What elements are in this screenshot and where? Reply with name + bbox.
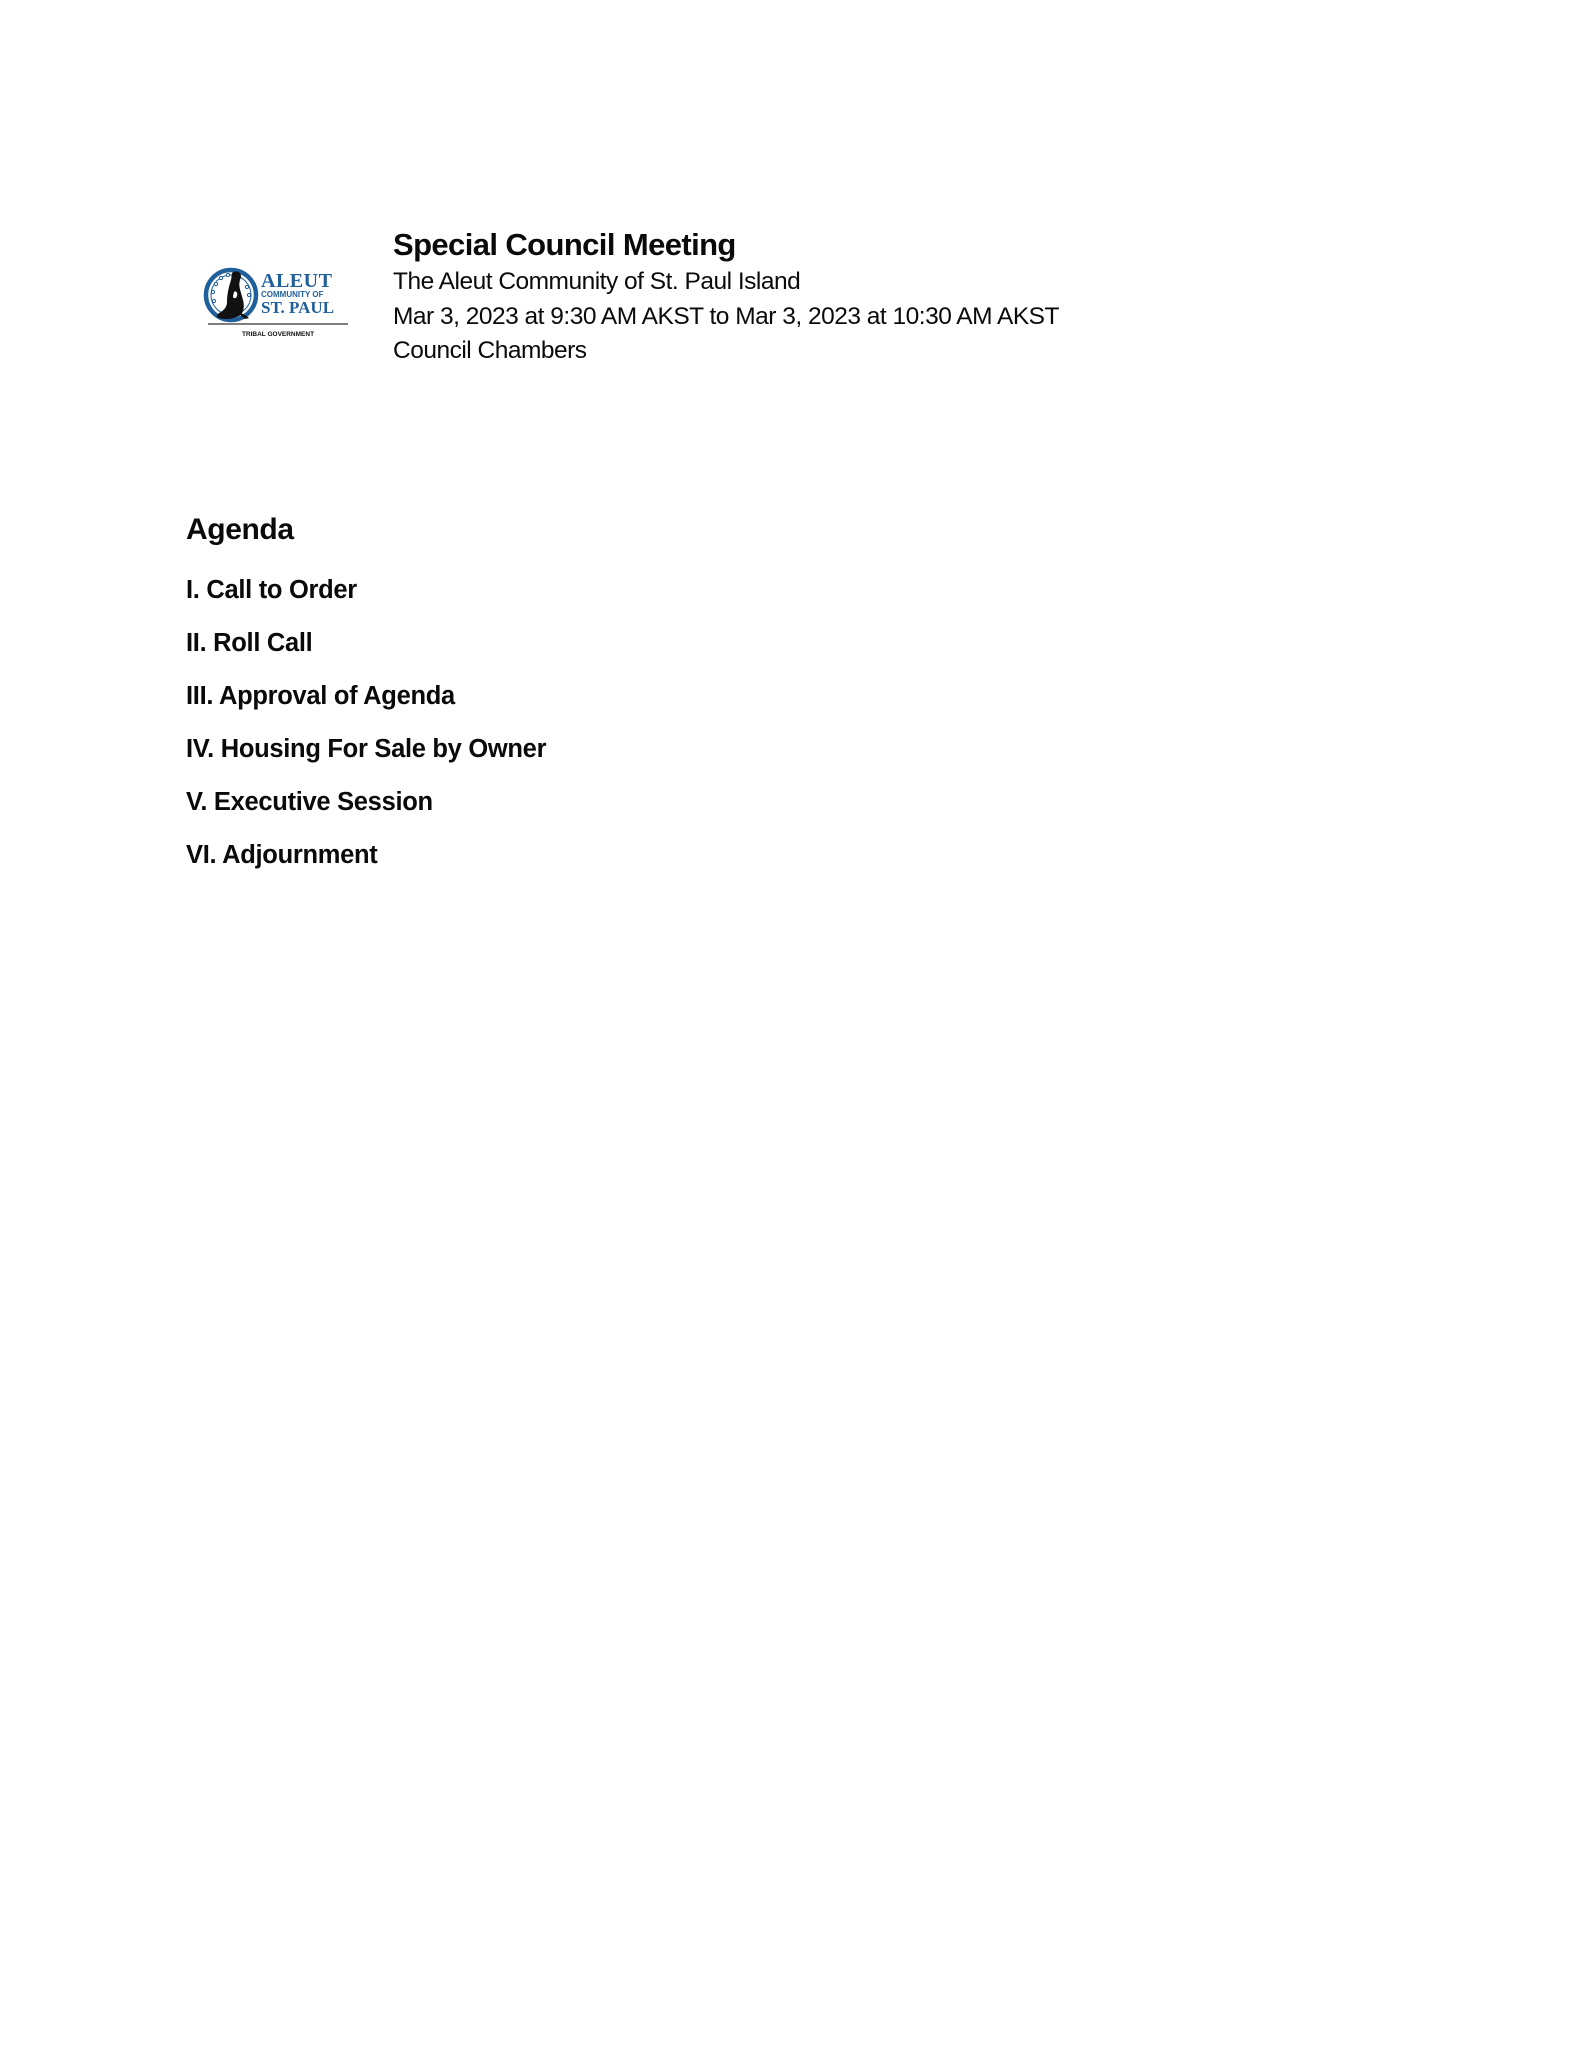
agenda-item-adjournment: VI. Adjournment [186, 839, 546, 872]
logo-tagline: TRIBAL GOVERNMENT [242, 331, 314, 338]
agenda-item-executive-session: V. Executive Session [186, 786, 546, 819]
agenda-heading: Agenda [186, 510, 546, 550]
organization-logo: ALEUT COMMUNITY OF ST. PAUL TRIBAL GOVER… [203, 262, 353, 346]
agenda-item-housing-for-sale: IV. Housing For Sale by Owner [186, 733, 546, 766]
agenda-item-call-to-order: I. Call to Order [186, 574, 546, 607]
logo-line1: ALEUT [261, 270, 333, 292]
agenda-item-approval-of-agenda: III. Approval of Agenda [186, 680, 546, 713]
organization-name: The Aleut Community of St. Paul Island [393, 265, 1059, 300]
aleut-community-seal-logo-icon: ALEUT COMMUNITY OF ST. PAUL TRIBAL GOVER… [203, 262, 353, 346]
agenda-list: I. Call to Order II. Roll Call III. Appr… [186, 574, 546, 872]
agenda-section: Agenda I. Call to Order II. Roll Call II… [186, 510, 546, 892]
logo-line3: ST. PAUL [261, 298, 334, 317]
meeting-location: Council Chambers [393, 334, 1059, 369]
meeting-header: Special Council Meeting The Aleut Commun… [393, 225, 1059, 369]
document-page: ALEUT COMMUNITY OF ST. PAUL TRIBAL GOVER… [0, 0, 1583, 2048]
meeting-title: Special Council Meeting [393, 225, 1059, 265]
agenda-item-roll-call: II. Roll Call [186, 627, 546, 660]
meeting-datetime: Mar 3, 2023 at 9:30 AM AKST to Mar 3, 20… [393, 300, 1059, 335]
